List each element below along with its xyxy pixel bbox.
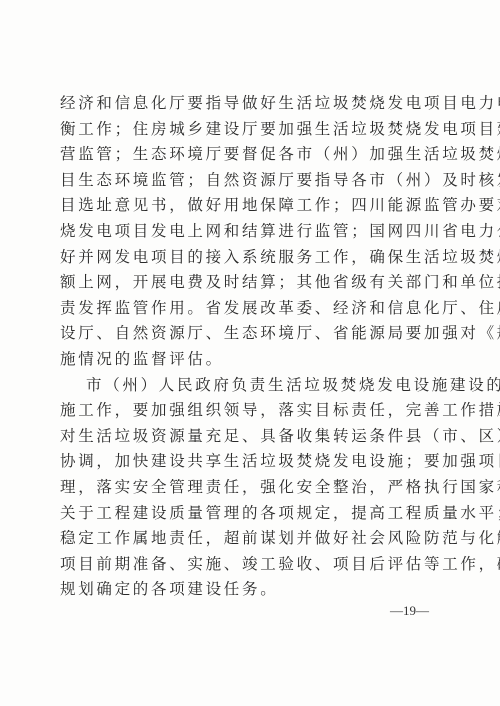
text-line: 规划确定的各项建设任务。 xyxy=(60,577,428,603)
body-text: 经济和信息化厅要指导做好生活垃圾焚烧发电项目电力电量平 衡工作；住房城乡建设厅要… xyxy=(60,91,428,603)
text-line: 烧发电项目发电上网和结算进行监管；国网四川省电力公司要做 xyxy=(60,219,428,245)
page-number: —19— xyxy=(390,603,429,619)
text-line: 营监管；生态环境厅要督促各市（州）加强生活垃圾焚烧发电项 xyxy=(60,142,428,168)
text-line: 关于工程建设质量管理的各项规定，提高工程质量水平；要落实 xyxy=(60,501,428,527)
text-line: 衡工作；住房城乡建设厅要加强生活垃圾焚烧发电项目建设和运 xyxy=(60,117,428,143)
text-line: 设厅、自然资源厅、生态环境厅、省能源局要加强对《规划》实 xyxy=(60,321,428,347)
text-line: 额上网，开展电费及时结算；其他省级有关部门和单位按职能职 xyxy=(60,270,428,296)
text-line: 施工作，要加强组织领导，落实目标责任，完善工作措施，加强 xyxy=(60,398,428,424)
text-line: 目选址意见书，做好用地保障工作；四川能源监管办要对垃圾焚 xyxy=(60,193,428,219)
text-line-indented: 市（州）人民政府负责生活垃圾焚烧发电设施建设的具体实 xyxy=(60,373,428,399)
text-line: 对生活垃圾资源量充足、具备收集转运条件县（市、区）的统筹 xyxy=(60,424,428,450)
text-line: 目生态环境监管；自然资源厅要指导各市（州）及时核发建设项 xyxy=(60,168,428,194)
text-line: 理，落实安全管理责任，强化安全整治，严格执行国家和四川省 xyxy=(60,475,428,501)
paragraph-2: 市（州）人民政府负责生活垃圾焚烧发电设施建设的具体实 施工作，要加强组织领导，落… xyxy=(60,373,428,603)
text-line: 项目前期准备、实施、竣工验收、项目后评估等工作，确保完成 xyxy=(60,552,428,578)
document-page: 经济和信息化厅要指导做好生活垃圾焚烧发电项目电力电量平 衡工作；住房城乡建设厅要… xyxy=(0,0,500,706)
text-line: 责发挥监管作用。省发展改革委、经济和信息化厅、住房城乡建 xyxy=(60,296,428,322)
text-line: 稳定工作属地责任，超前谋划并做好社会风险防范与化解，做好 xyxy=(60,526,428,552)
text-line: 经济和信息化厅要指导做好生活垃圾焚烧发电项目电力电量平 xyxy=(60,91,428,117)
text-line: 协调，加快建设共享生活垃圾焚烧发电设施；要加强项目督促管 xyxy=(60,449,428,475)
text-line: 好并网发电项目的接入系统服务工作，确保生活垃圾焚烧发电全 xyxy=(60,245,428,271)
paragraph-1: 经济和信息化厅要指导做好生活垃圾焚烧发电项目电力电量平 衡工作；住房城乡建设厅要… xyxy=(60,91,428,373)
text-line: 施情况的监督评估。 xyxy=(60,347,428,373)
